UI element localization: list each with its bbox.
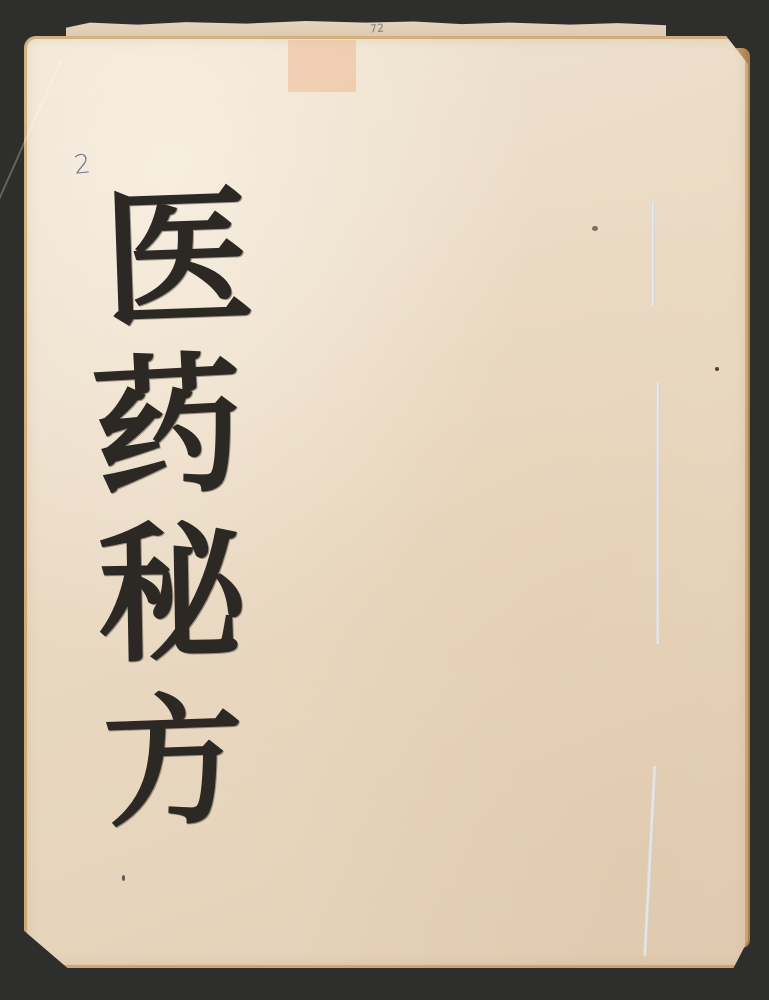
- ink-spot: [592, 226, 598, 231]
- top-strip-pencil-mark: 72: [370, 22, 385, 36]
- binding-thread: [656, 382, 660, 644]
- faded-seal-stamp: [288, 40, 356, 92]
- photo-stage: 72 2 医 药 秘 方: [0, 0, 769, 1000]
- binding-thread: [651, 202, 655, 306]
- ink-spot: [122, 875, 125, 881]
- title-char-1: 医: [100, 172, 256, 345]
- ink-spot: [715, 367, 719, 371]
- calligraphy-title: 医 药 秘 方: [70, 175, 270, 847]
- title-char-4: 方: [101, 677, 247, 850]
- title-char-2: 药: [89, 339, 248, 515]
- title-char-3: 秘: [96, 510, 249, 681]
